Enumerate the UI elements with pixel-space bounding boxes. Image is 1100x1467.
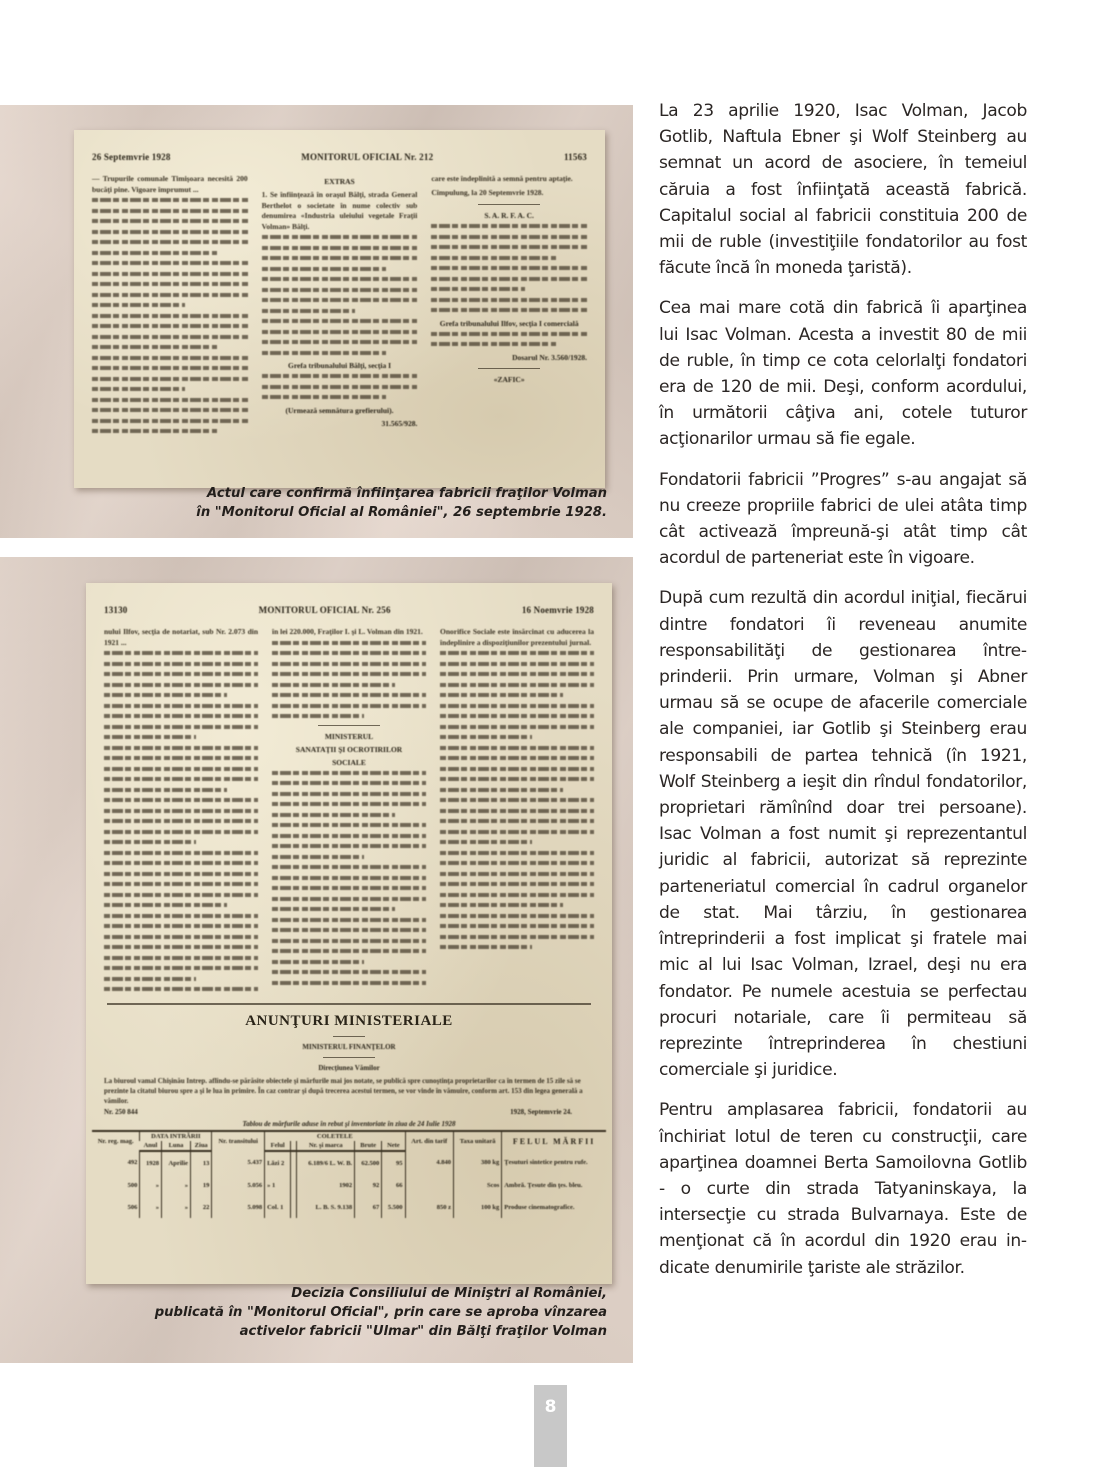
page-number: 8	[534, 1397, 567, 1417]
table-cell: 19	[191, 1174, 212, 1196]
table-cell: 5.500	[382, 1196, 405, 1218]
section-heading-line: SOCIALE	[272, 758, 426, 767]
section-heading-line: SANATAŢII ŞI OCROTIRILOR	[272, 745, 426, 754]
table-header: Nete	[382, 1141, 405, 1151]
figure-caption-council-decision: Decizia Consiliului de Miniştri al Român…	[155, 1284, 607, 1341]
table-cell: Produse cinematografice.	[502, 1196, 606, 1218]
table-caption: Tablou de mărfurile aduse în rebut şi in…	[86, 1120, 612, 1128]
clipping-date: 16 Noemvrie 1928	[522, 605, 594, 615]
clipping-text: — Trupurile comunale Timişoara necesită …	[92, 174, 248, 195]
newspaper-clipping-monitorul-oficial-212: 26 Septemvrie 1928 MONITORUL OFICIAL Nr.…	[74, 130, 605, 488]
divider	[333, 1036, 365, 1037]
table-cell: 92	[355, 1174, 382, 1196]
announcement-footer: Nr. 250 844 1928, Septemvrie 24.	[86, 1106, 612, 1116]
table-cell: Lăzi 2	[265, 1151, 291, 1174]
table-header: Nr. transitului	[212, 1131, 265, 1151]
table-cell: 1928	[140, 1151, 162, 1174]
clipping-header: 13130 MONITORUL OFICIAL Nr. 256 16 Noemv…	[86, 597, 612, 623]
clipping-column-1: nului Ilfov, secţia de notariat, sub Nr.…	[104, 627, 258, 997]
section-heading-line: MINISTERUL	[272, 732, 426, 741]
clipping-text-lines	[262, 374, 418, 399]
table-cell: 500	[92, 1174, 140, 1196]
table-header: Art. din tarif	[405, 1131, 454, 1151]
article-body: La 23 aprilie 1920, Isac Volman, Jacob G…	[659, 98, 1027, 1295]
divider	[478, 368, 540, 369]
table-group-header: COLETELE	[265, 1131, 405, 1141]
clipping-text-lines	[431, 332, 587, 347]
clipping-text: în lei 220.000, Fraţilor I. şi L. Volman…	[272, 627, 426, 638]
clipping-text: care este îndeplinită a semnă pentru apt…	[431, 174, 587, 185]
table-cell: »	[140, 1174, 162, 1196]
table-header: Brute	[355, 1141, 382, 1151]
figure-panel-council-decision: 13130 MONITORUL OFICIAL Nr. 256 16 Noemv…	[0, 557, 633, 1363]
clipping-text: nului Ilfov, secţia de notariat, sub Nr.…	[104, 627, 258, 648]
announcement-number: Nr. 250 844	[104, 1108, 138, 1116]
table-group-header: DATA INTRĂRII	[140, 1131, 212, 1141]
clipping-signature: Grefa tribunalului Ilfov, secţia I comer…	[431, 319, 587, 328]
table-header: Taxa unitară	[454, 1131, 502, 1151]
clipping-number: 31.565/928.	[262, 419, 418, 428]
article-paragraph: Fondatorii fabricii ”Progres” s-au an­ga…	[659, 467, 1027, 572]
caption-line: publicată în "Monitorul Oficial", prin c…	[155, 1303, 607, 1322]
clipping-title: MONITORUL OFICIAL Nr. 256	[259, 605, 391, 615]
table-cell: 100 kg	[454, 1196, 502, 1218]
table-cell: 13	[191, 1151, 212, 1174]
caption-line: în "Monitorul Oficial al României", 26 s…	[196, 503, 607, 522]
announcement-date: 1928, Septemvrie 24.	[510, 1108, 572, 1116]
clipping-subheading: S. A. R. F. A. C.	[431, 211, 587, 220]
clipping-page-number: 13130	[104, 605, 128, 615]
table-header: Luna	[162, 1141, 191, 1151]
clipping-text-lines	[272, 641, 426, 719]
article-paragraph: La 23 aprilie 1920, Isac Volman, Jacob G…	[659, 98, 1027, 281]
announcement-title: ANUNŢURI MINISTERIALE	[86, 1013, 612, 1030]
clipping-page-number: 11563	[564, 152, 587, 162]
table-cell: » 1	[265, 1174, 291, 1196]
table-cell: 4.840	[405, 1151, 454, 1174]
table-row: 4921928Aprilie135.437Lăzi 26.189/6 L. W.…	[92, 1151, 606, 1174]
clipping-text: 1. Se înfiinţează în oraşul Bălţi, strad…	[262, 190, 418, 232]
table-cell: 62.500	[355, 1151, 382, 1174]
table-cell: 95	[382, 1151, 405, 1174]
clipping-title: MONITORUL OFICIAL Nr. 212	[301, 152, 433, 162]
clipping-subheading: EXTRAS	[262, 177, 418, 186]
table-cell: 380 kg	[454, 1151, 502, 1174]
table-cell: 492	[92, 1151, 140, 1174]
table-header: Nr. reg. mag.	[92, 1131, 140, 1151]
table-header: Anul	[140, 1141, 162, 1151]
divider	[323, 1057, 376, 1058]
announcement-text: La biuroul vamal Chişinău Intrep. aflînd…	[86, 1076, 612, 1106]
article-paragraph: Cea mai mare cotă din fabrică îi aparţi­…	[659, 295, 1027, 452]
figure-panel-founding-act: 26 Septemvrie 1928 MONITORUL OFICIAL Nr.…	[0, 105, 633, 538]
table-cell: Col. 1	[265, 1196, 291, 1218]
clipping-footer: «ZAFIC»	[431, 375, 587, 384]
table-cell: 506	[92, 1196, 140, 1218]
article-paragraph: După cum rezultă din acordul iniţial, fi…	[659, 585, 1027, 1083]
clipping-place-date: Cîmpulung, la 20 Septemvrie 1928.	[431, 188, 587, 199]
table-cell: 6.189/6 L. W. B.	[297, 1151, 355, 1174]
announcement-ministry: MINISTERUL FINANŢELOR	[86, 1043, 612, 1051]
table-cell: 5.056	[212, 1174, 265, 1196]
clipping-text-lines	[440, 651, 594, 949]
article-paragraph: Pentru amplasarea fabricii, fondatorii a…	[659, 1097, 1027, 1280]
clipping-header: 26 Septemvrie 1928 MONITORUL OFICIAL Nr.…	[74, 144, 605, 170]
clipping-column-3: Onorifice Sociale este însărcinat cu adu…	[440, 627, 594, 997]
table-cell: 850 z	[405, 1196, 454, 1218]
table-cell: 22	[191, 1196, 212, 1218]
clipping-signature: Grefa tribunalului Bălţi, secţia I	[262, 361, 418, 370]
divider	[107, 1003, 591, 1005]
divider	[318, 725, 380, 726]
table-header: Nr. şi marca	[297, 1141, 355, 1151]
page-number-tab: 8	[534, 1385, 567, 1467]
announcement-direction: Direcţiunea Vămilor	[86, 1064, 612, 1072]
clipping-text-lines	[431, 224, 587, 312]
caption-line: activelor fabricii "Ulmar" din Bălţi fra…	[155, 1322, 607, 1341]
clipping-footer: (Urmează semnătura grefierului).	[262, 406, 418, 415]
table-cell: 1902	[297, 1174, 355, 1196]
table-cell: Aprilie	[162, 1151, 191, 1174]
clipping-text-lines	[262, 235, 418, 355]
clipping-number: Dosarul Nr. 3.560/1928.	[431, 353, 587, 362]
clipping-column-1: — Trupurile comunale Timişoara necesită …	[92, 174, 248, 440]
goods-table: Nr. reg. mag. DATA INTRĂRII Nr. transitu…	[92, 1130, 606, 1218]
table-header: Ziua	[191, 1141, 212, 1151]
clipping-column-3: care este îndeplinită a semnă pentru apt…	[431, 174, 587, 440]
clipping-date: 26 Septemvrie 1928	[92, 152, 171, 162]
table-cell: »	[162, 1196, 191, 1218]
table-cell: L. B. S. 9.138	[297, 1196, 355, 1218]
table-cell: 66	[382, 1174, 405, 1196]
table-cell: 67	[355, 1196, 382, 1218]
clipping-text-lines	[272, 771, 426, 985]
table-cell: Scos	[454, 1174, 502, 1196]
table-header: Felul	[265, 1141, 291, 1151]
clipping-column-2: în lei 220.000, Fraţilor I. şi L. Volman…	[272, 627, 426, 997]
divider	[478, 204, 540, 205]
caption-line: Actul care confirmă înfiinţarea fabricii…	[196, 484, 607, 503]
table-cell: Ambră. Ţesute din ţes. bleu.	[502, 1174, 606, 1196]
table-cell: »	[162, 1174, 191, 1196]
figure-caption-founding-act: Actul care confirmă înfiinţarea fabricii…	[196, 484, 607, 522]
table-cell: 5.437	[212, 1151, 265, 1174]
clipping-text: Onorifice Sociale este însărcinat cu adu…	[440, 627, 594, 648]
newspaper-clipping-monitorul-oficial-256: 13130 MONITORUL OFICIAL Nr. 256 16 Noemv…	[86, 583, 612, 1284]
table-cell: 5.098	[212, 1196, 265, 1218]
table-row: 506»»225.098Col. 1L. B. S. 9.138675.5008…	[92, 1196, 606, 1218]
table-cell: »	[140, 1196, 162, 1218]
clipping-text-lines	[104, 651, 258, 991]
caption-line: Decizia Consiliului de Miniştri al Român…	[155, 1284, 607, 1303]
table-cell: Ţesuturi sintetice pentru rufe.	[502, 1151, 606, 1174]
clipping-column-2: EXTRAS 1. Se înfiinţează în oraşul Bălţi…	[262, 174, 418, 440]
table-row: 500»»195.056» 119029266ScosAmbră. Ţesute…	[92, 1174, 606, 1196]
clipping-text-lines	[92, 198, 248, 433]
goods-table-body: 4921928Aprilie135.437Lăzi 26.189/6 L. W.…	[92, 1151, 606, 1218]
table-header: FELUL MĂRFII	[502, 1131, 606, 1151]
table-cell	[405, 1174, 454, 1196]
